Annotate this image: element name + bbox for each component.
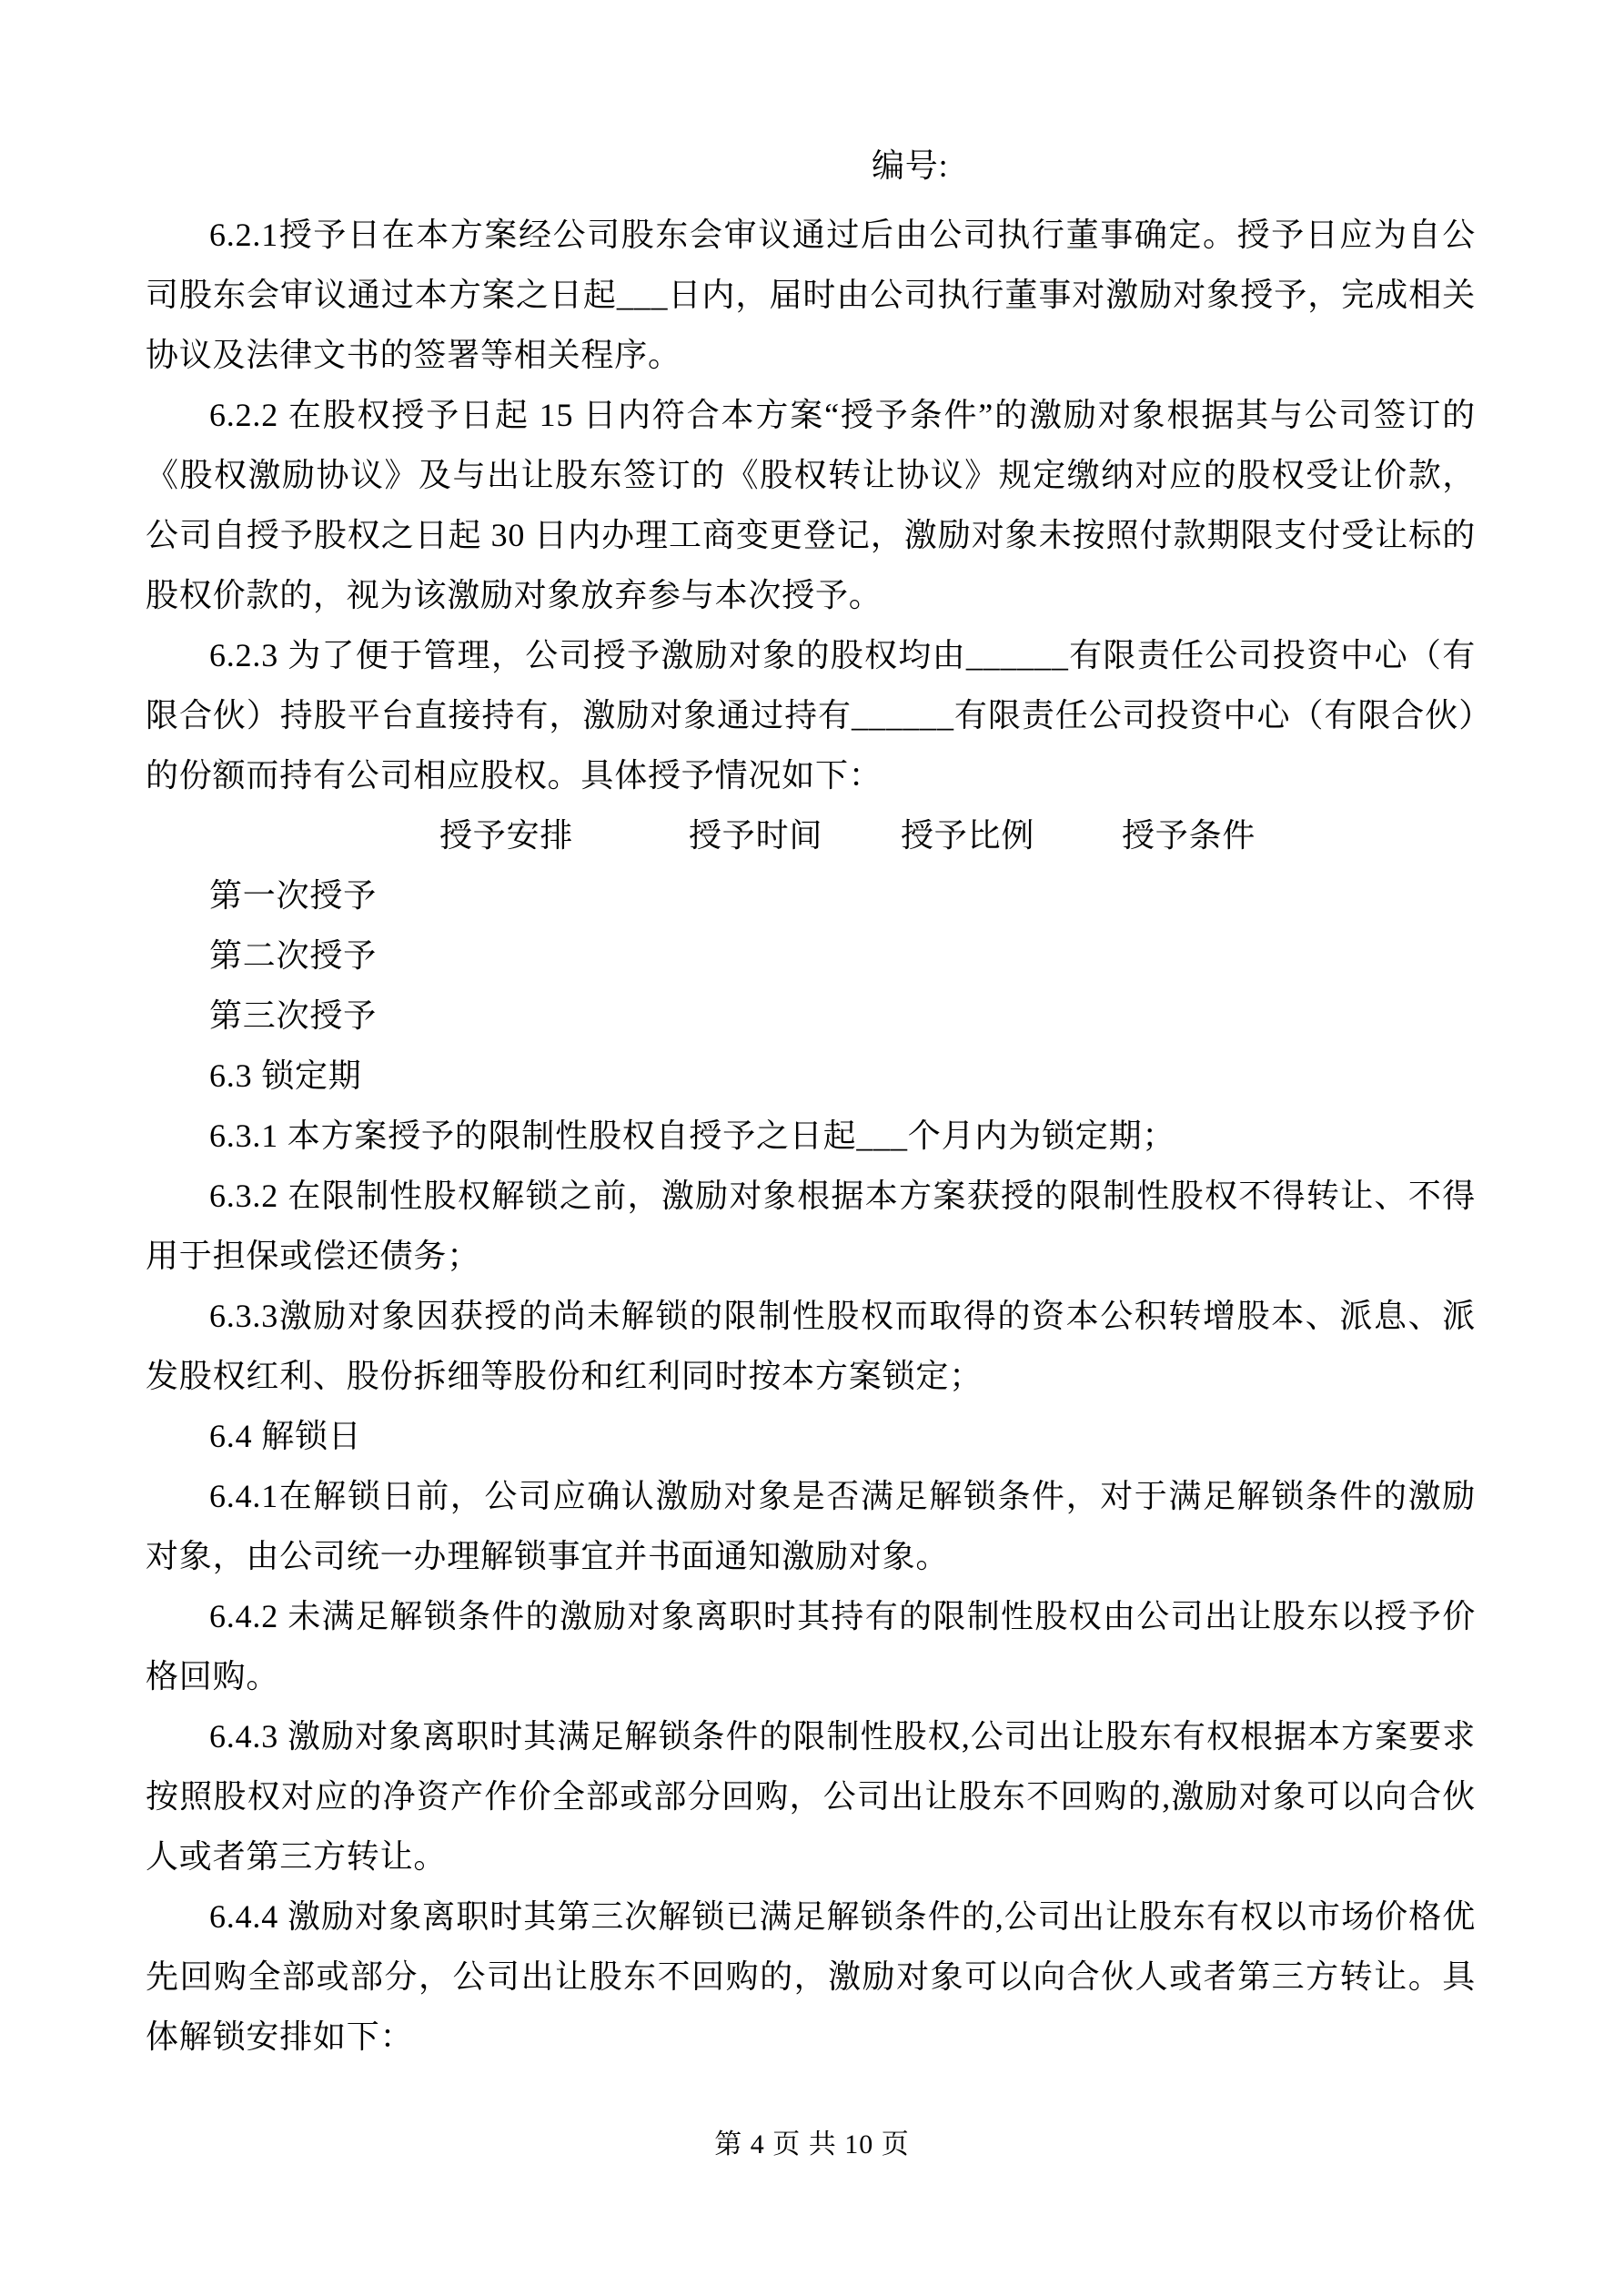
page-footer: 第 4 页 共 10 页 <box>0 2127 1624 2163</box>
grant-row-second: 第二次授予 <box>146 925 1476 986</box>
doc-number-label: 编号: <box>146 136 1476 196</box>
grant-row-first: 第一次授予 <box>146 865 1476 925</box>
paragraph-6-4-3: 6.4.3 激励对象离职时其满足解锁条件的限制性股权,公司出让股东有权根据本方案… <box>146 1706 1476 1886</box>
heading-6-4-unlock-date: 6.4 解锁日 <box>146 1406 1476 1466</box>
grant-header-ratio: 授予比例 <box>901 805 1034 865</box>
paragraph-6-2-3: 6.2.3 为了便于管理，公司授予激励对象的股权均由______有限责任公司投资… <box>146 625 1476 805</box>
paragraph-6-2-1: 6.2.1授予日在本方案经公司股东会审议通过后由公司执行董事确定。授予日应为自公… <box>146 205 1476 385</box>
grant-row-third: 第三次授予 <box>146 986 1476 1046</box>
document-body: 编号: 6.2.1授予日在本方案经公司股东会审议通过后由公司执行董事确定。授予日… <box>146 136 1476 2067</box>
paragraph-6-3-3: 6.3.3激励对象因获授的尚未解锁的限制性股权而取得的资本公积转增股本、派息、派… <box>146 1286 1476 1406</box>
paragraph-6-3-2: 6.3.2 在限制性股权解锁之前，激励对象根据本方案获授的限制性股权不得转让、不… <box>146 1166 1476 1286</box>
paragraph-6-3-1: 6.3.1 本方案授予的限制性股权自授予之日起___个月内为锁定期； <box>146 1106 1476 1166</box>
grant-header-condition: 授予条件 <box>1122 805 1256 865</box>
document-page: 编号: 6.2.1授予日在本方案经公司股东会审议通过后由公司执行董事确定。授予日… <box>0 0 1624 2296</box>
grant-table-header-row: 授予安排 授予时间 授予比例 授予条件 <box>146 805 1476 865</box>
paragraph-6-4-2: 6.4.2 未满足解锁条件的激励对象离职时其持有的限制性股权由公司出让股东以授予… <box>146 1586 1476 1706</box>
grant-header-time: 授予时间 <box>689 805 822 865</box>
paragraph-6-4-4: 6.4.4 激励对象离职时其第三次解锁已满足解锁条件的,公司出让股东有权以市场价… <box>146 1886 1476 2067</box>
grant-header-arrangement: 授予安排 <box>439 805 573 865</box>
paragraph-6-2-2: 6.2.2 在股权授予日起 15 日内符合本方案“授予条件”的激励对象根据其与公… <box>146 385 1476 625</box>
paragraph-6-4-1: 6.4.1在解锁日前，公司应确认激励对象是否满足解锁条件，对于满足解锁条件的激励… <box>146 1466 1476 1586</box>
heading-6-3-lockup-period: 6.3 锁定期 <box>146 1046 1476 1106</box>
